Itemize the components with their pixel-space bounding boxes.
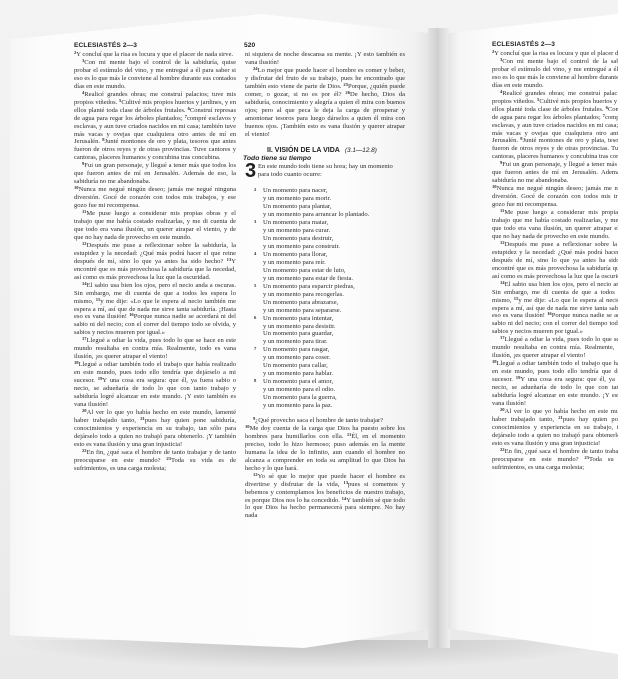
verse-number: 4: [500, 89, 502, 94]
right-page-clip: 2Y concluí que la risa es locura y que e…: [492, 50, 618, 650]
verse-number: 20: [82, 408, 87, 413]
verse-number: 2: [492, 50, 494, 54]
verse-number: 17: [500, 335, 505, 340]
poem-line: Un momento para plantar,: [245, 203, 405, 211]
chapter-intro: 3 En este mundo todo tiene su hora; hay …: [245, 163, 405, 179]
verse-number: 19: [516, 375, 521, 380]
poem-line: y un momento para coser.: [245, 354, 405, 362]
poem-line: y un momento para estar de fiesta.: [245, 275, 405, 283]
left-page-column-1: 2Y concluí que la risa es locura y que e…: [74, 51, 236, 473]
verse-paragraph: 10Me doy cuenta de la carga que Dios ha …: [245, 425, 405, 473]
verse-number: 10: [74, 185, 79, 190]
verse-number: 5: [537, 97, 539, 102]
verse-number: 2: [254, 186, 256, 194]
verse-number: 13: [343, 480, 348, 485]
verse-paragraph: ni siquiera de noche descansa su mente. …: [245, 51, 405, 67]
right-page-column-1: 2Y concluí que la risa es locura y que e…: [492, 50, 618, 472]
verse-number: 21: [140, 416, 145, 421]
subheading: Todo tiene su tiempo: [243, 155, 405, 163]
verse-number: 10: [245, 424, 250, 429]
verse-number: 9: [82, 161, 84, 166]
verse-paragraph: 14El sabio usa bien los ojos, pero el ne…: [74, 282, 236, 338]
verse-number: 5: [119, 98, 121, 103]
poem-line: Un momento para callar,: [245, 362, 405, 370]
poem-line: Un momento para abrazarse,: [245, 299, 405, 307]
poem-line: y un momento para separarse.: [245, 307, 405, 315]
verse-number: 10: [492, 184, 497, 189]
verse-number: 5: [254, 282, 256, 290]
poem-line: y un momento para curar.: [245, 227, 405, 235]
verse-number: 23: [166, 456, 171, 461]
poem-line: y un momento para tirar.: [245, 338, 405, 346]
verse-paragraph: 12Después me puse a reflexionar sobre la…: [492, 241, 618, 281]
verse-number: 3: [500, 57, 502, 62]
verse-paragraph: 4Realicé grandes obras; me construí pala…: [492, 90, 618, 162]
verse-number: 2: [74, 50, 76, 55]
verse-number: 7: [185, 114, 187, 119]
section-reference: (3.1—12.8): [345, 147, 377, 154]
right-page: ECLESIASTÉS 2—3 2Y concluí que la risa e…: [448, 14, 618, 654]
poem-line: 6Un momento para intentar,: [245, 315, 405, 323]
verse-paragraph: 10Nunca me negué ningún deseo; jamás me …: [492, 185, 618, 209]
poem-line: y un momento para el odio.: [245, 386, 405, 394]
verse-number: 23: [584, 455, 589, 460]
verse-paragraph: 9Fui un gran personaje, y llegué a tener…: [74, 162, 236, 186]
verse-number: 11: [347, 432, 351, 437]
poem-line: y un momento para desistir.: [245, 323, 405, 331]
poem-line: 5Un momento para esparcir piedras,: [245, 283, 405, 291]
verse-number: 8: [102, 137, 104, 142]
verse-paragraph: 2Y concluí que la risa es locura y que e…: [492, 50, 618, 58]
verse-paragraph: 17Llegué a odiar la vida, pues todo lo q…: [74, 337, 236, 361]
verse-number: 3: [82, 58, 84, 63]
verse-number: 7: [254, 345, 256, 353]
left-page: ECLESIASTÉS 2—3 520 2Y concluí que la ri…: [10, 14, 430, 648]
poem-line: Un momento para estar de luto,: [245, 267, 405, 275]
poem-line: 3Un momento para matar,: [245, 219, 405, 227]
chapter-3-continued: 9¿Qué provecho saca el hombre de tanto t…: [245, 417, 405, 520]
poem-line: Un momento para la guerra,: [245, 394, 405, 402]
verse-number: 14: [82, 281, 87, 286]
verse-paragraph: 20Al ver lo que yo había hecho en este m…: [492, 408, 618, 448]
verse-number: 8: [520, 136, 522, 141]
verse-number: 11: [500, 208, 504, 213]
verse-paragraph: 22En fin, ¿qué saca el hombre de tanto t…: [74, 449, 236, 473]
verse-paragraph: 3Con mi mente bajo el control de la sabi…: [74, 59, 236, 91]
verse-paragraph: 3Con mi mente bajo el control de la sabi…: [492, 58, 618, 90]
verse-number: 9: [253, 416, 255, 421]
verse-number: 9: [500, 160, 502, 165]
page-number: 520: [244, 42, 255, 49]
verse-paragraph: 10Nunca me negué ningún deseo; jamás me …: [74, 186, 236, 210]
verse-paragraph: 11Me puse luego a considerar mis propias…: [74, 210, 236, 242]
poem-line: 7Un momento para rasgar,: [245, 346, 405, 354]
verse-paragraph: 17Llegué a odiar la vida, pues todo lo q…: [492, 336, 618, 360]
chapter-intro-text: En este mundo todo tiene su hora; hay un…: [258, 163, 393, 178]
verse-paragraph: 20Al ver lo que yo había hecho en este m…: [74, 409, 236, 449]
poem-line: 4Un momento para llorar,: [245, 251, 405, 259]
running-head-right: ECLESIASTÉS 2—3: [492, 41, 555, 48]
verse-paragraph: 9Fui un gran personaje, y llegué a tener…: [492, 161, 618, 185]
verse-paragraph: 4Realicé grandes obras; me construí pala…: [74, 91, 236, 163]
verse-number: 18: [492, 359, 497, 364]
verse-number: 22: [500, 447, 505, 452]
verse-number: 6: [254, 314, 256, 322]
verse-paragraph: 11Me puse luego a considerar mis propias…: [492, 209, 618, 241]
book-gutter: [428, 28, 450, 648]
poem-line: y un momento para recogerlas.: [245, 291, 405, 299]
poem-line: y un momento para morir.: [245, 195, 405, 203]
poem-line: y un momento para arrancar lo plantado.: [245, 211, 405, 219]
verse-number: 15: [96, 297, 101, 302]
verse-number: 16: [129, 312, 134, 317]
verse-paragraph: 12Yo sé que lo mejor que puede hacer el …: [245, 473, 405, 521]
poem-line: y un momento para construir.: [245, 243, 405, 251]
poem-line: Un momento para destruir,: [245, 235, 405, 243]
verse-number: 22: [82, 448, 87, 453]
running-head: ECLESIASTÉS 2—3: [74, 42, 137, 49]
verse-number: 19: [98, 376, 103, 381]
verse-number: 14: [342, 496, 347, 501]
verse-number: 13: [227, 257, 232, 262]
verse-number: 25: [343, 82, 348, 87]
verse-number: 14: [500, 280, 505, 285]
verse-number: 8: [254, 377, 256, 385]
verse-number: 12: [253, 472, 258, 477]
left-page-column-2: ni siquiera de noche descansa su mente. …: [245, 51, 405, 520]
poem-line: 2Un momento para nacer,: [245, 187, 405, 195]
poem-line: Un momento para guardar,: [245, 330, 405, 338]
verse-number: 4: [82, 90, 84, 95]
verse-number: 24: [253, 66, 258, 71]
verse-paragraph: 18Llegué a odiar también todo el trabajo…: [74, 361, 236, 409]
verse-paragraph: 2Y concluí que la risa es locura y que e…: [74, 51, 236, 59]
verse-number: 6: [188, 106, 190, 111]
verse-number: 16: [547, 311, 552, 316]
verse-number: 18: [74, 360, 79, 365]
verse-number: 12: [500, 240, 505, 245]
poem-line: y un momento para reír.: [245, 259, 405, 267]
chapter-2-end: ni siquiera de noche descansa su mente. …: [245, 51, 405, 138]
poem-line: 8Un momento para el amor,: [245, 378, 405, 386]
verse-paragraph: 18Llegué a odiar también todo el trabajo…: [492, 360, 618, 408]
section-title-text: II. VISIÓN DE LA VIDA: [267, 147, 340, 154]
verse-number: 12: [82, 241, 87, 246]
poem-line: y un momento para la paz.: [245, 402, 405, 410]
poem: 2Un momento para nacer,y un momento para…: [245, 187, 405, 410]
verse-number: 26: [345, 90, 350, 95]
verse-paragraph: 14El sabio usa bien los ojos, pero el ne…: [492, 281, 618, 337]
verse-paragraph: 22En fin, ¿qué saca el hombre de tanto t…: [492, 448, 618, 472]
verse-paragraph: 12Después me puse a reflexionar sobre la…: [74, 242, 236, 282]
verse-number: 17: [82, 336, 87, 341]
chapter-number: 3: [245, 162, 256, 180]
verse-number: 20: [500, 407, 505, 412]
verse-number: 11: [82, 209, 86, 214]
verse-number: 7: [603, 113, 605, 118]
poem-line: y un momento para hablar.: [245, 370, 405, 378]
verse-number: 21: [558, 415, 563, 420]
verse-paragraph: 9¿Qué provecho saca el hombre de tanto t…: [245, 417, 405, 425]
verse-number: 3: [254, 218, 256, 226]
verse-number: 4: [254, 250, 256, 258]
verse-number: 6: [606, 105, 608, 110]
verse-paragraph: 24Lo mejor que puede hacer el hombre es …: [245, 67, 405, 139]
verse-number: 15: [514, 296, 519, 301]
section-title: II. VISIÓN DE LA VIDA(3.1—12.8): [267, 147, 405, 155]
